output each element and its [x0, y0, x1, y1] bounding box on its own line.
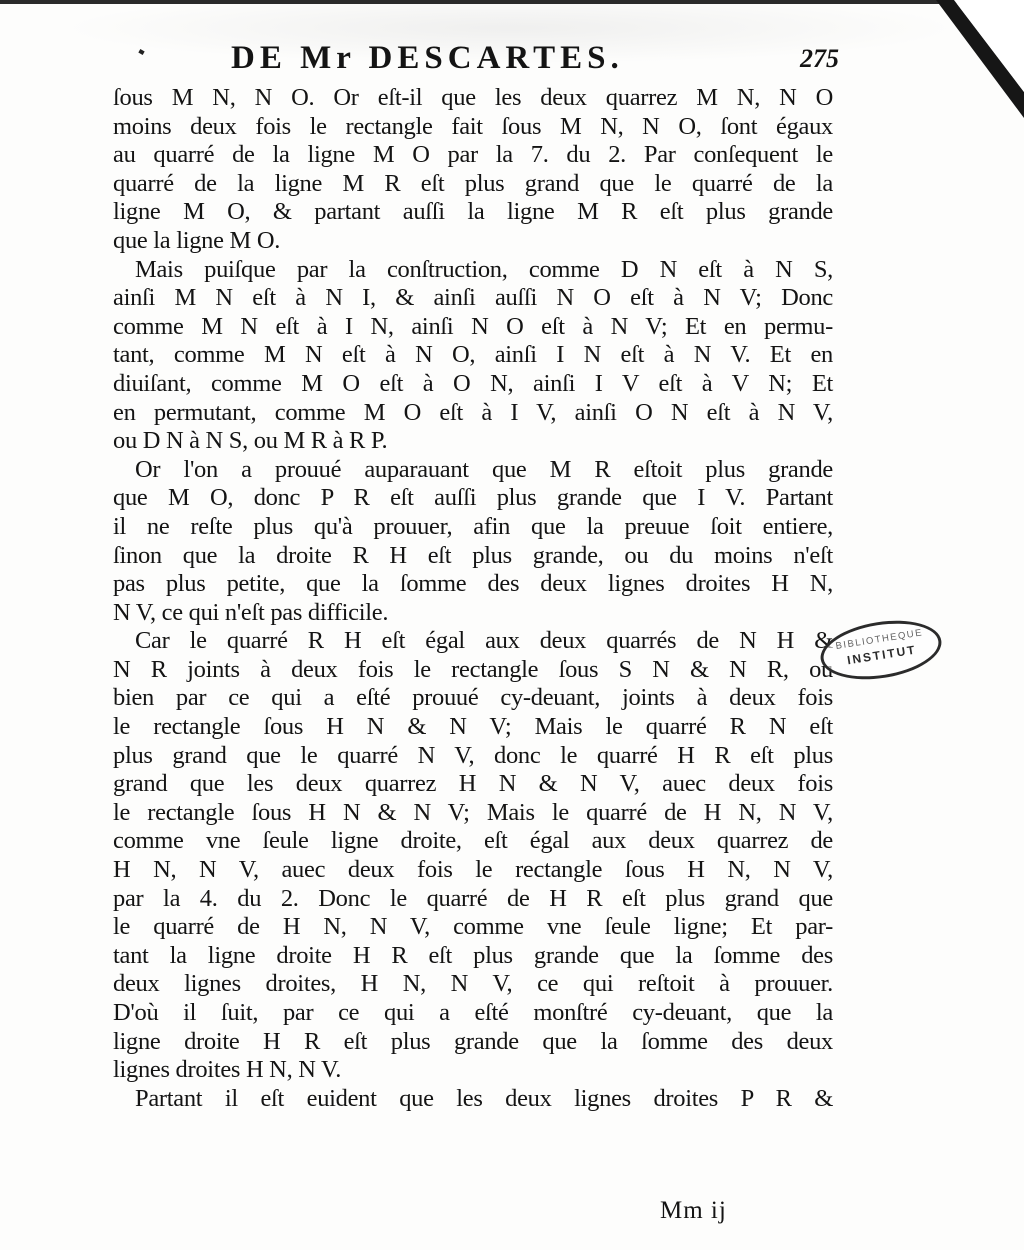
text-line: Car le quarré R H eſt égal aux deux quar… [113, 627, 833, 656]
text-line: le rectangle ſous H N & N V; Mais le qua… [113, 799, 833, 828]
text-line: que M O, donc P R eſt auſſi plus grande … [113, 484, 833, 513]
library-stamp: BIBLIOTHEQUE INSTITUT [816, 613, 945, 687]
text-line: ainſi M N eſt à N I, & ainſi auſſi N O e… [113, 284, 833, 313]
text-line: deux lignes droites, H N, N V, ce qui re… [113, 970, 833, 999]
text-line: bien par ce qui a eſté prouué cy-deuant,… [113, 684, 833, 713]
text-line: comme M N eſt à I N, ainſi N O eſt à N V… [113, 313, 833, 342]
text-line: ligne droite H R eſt plus grande que la … [113, 1028, 833, 1057]
text-line: pas plus petite, que la ſomme des deux l… [113, 570, 833, 599]
text-line: moins deux fois le rectangle fait ſous M… [113, 113, 833, 142]
text-line: ſinon que la droite R H eſt plus grande,… [113, 542, 833, 571]
running-head-title: DE Mr DESCARTES. [231, 40, 624, 77]
text-line: Partant il eſt euident que les deux lign… [113, 1085, 833, 1114]
book-page: DE Mr DESCARTES. 275 ſous M N, N O. Or e… [113, 36, 833, 1113]
running-head: DE Mr DESCARTES. 275 [113, 36, 833, 84]
text-line: Mais puiſque par la conſtruction, comme … [113, 256, 833, 285]
text-line: au quarré de la ligne M O par la 7. du 2… [113, 141, 833, 170]
text-line: quarré de la ligne M R eſt plus grand qu… [113, 170, 833, 199]
text-line: comme vne ſeule ligne droite, eſt égal a… [113, 827, 833, 856]
text-line: par la 4. du 2. Donc le quarré de H R eſ… [113, 885, 833, 914]
text-line: N V, ce qui n'eſt pas difficile. [113, 599, 833, 628]
text-line: H N, N V, auec deux fois le rectangle ſo… [113, 856, 833, 885]
text-line: que la ligne M O. [113, 227, 833, 256]
text-line: plus grand que le quarré N V, donc le qu… [113, 742, 833, 771]
text-line: le rectangle ſous H N & N V; Mais le qua… [113, 713, 833, 742]
text-line: grand que les deux quarrez H N & N V, au… [113, 770, 833, 799]
body-text: ſous M N, N O. Or eſt-il que les deux qu… [113, 84, 833, 1113]
text-line: le quarré de H N, N V, comme vne ſeule l… [113, 913, 833, 942]
text-line: D'où il ſuit, par ce qui a eſté monſtré … [113, 999, 833, 1028]
text-line: en permutant, comme M O eſt à I V, ainſi… [113, 399, 833, 428]
text-line: ſous M N, N O. Or eſt-il que les deux qu… [113, 84, 833, 113]
text-line: il ne reſte plus qu'à prouuer, afin que … [113, 513, 833, 542]
ink-speck [138, 49, 144, 55]
text-line: tant, comme M N eſt à N O, ainſi I N eſt… [113, 341, 833, 370]
page-corner-shadow [934, 0, 1024, 120]
signature-mark: Mm ij [660, 1197, 727, 1225]
text-line: ligne M O, & partant auſſi la ligne M R … [113, 198, 833, 227]
text-line: ou D N à N S, ou M R à R P. [113, 427, 833, 456]
page-number: 275 [800, 44, 839, 74]
text-line: N R joints à deux fois le rectangle ſous… [113, 656, 833, 685]
text-line: tant la ligne droite H R eſt plus grande… [113, 942, 833, 971]
text-line: lignes droites H N, N V. [113, 1056, 833, 1085]
text-line: Or l'on a prouué auparauant que M R eſto… [113, 456, 833, 485]
text-line: diuiſant, comme M O eſt à O N, ainſi I V… [113, 370, 833, 399]
